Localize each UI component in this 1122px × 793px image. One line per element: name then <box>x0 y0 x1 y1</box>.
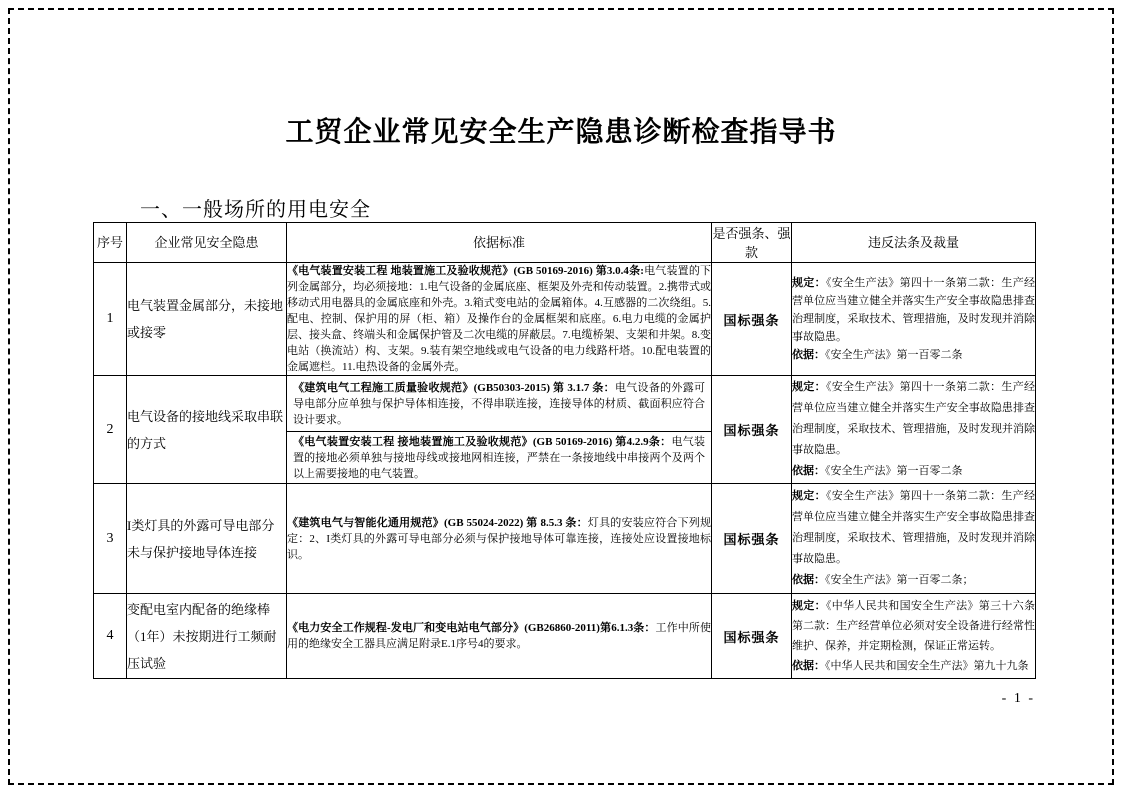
mandatory-cell: 国标强条 <box>712 376 792 484</box>
table-row: 3 I类灯具的外露可导电部分未与保护接地导体连接 《建筑电气与智能化通用规范》(… <box>94 484 1036 594</box>
violation-cell: 规定：《中华人民共和国安全生产法》第三十六条第二款：生产经营单位必须对安全设备进… <box>792 594 1036 679</box>
table-row: 2 电气设备的接地线采取串联的方式 《建筑电气工程施工质量验收规范》(GB503… <box>94 376 1036 484</box>
standard-sub-cell: 《建筑电气工程施工质量验收规范》(GB50303-2015) 第 3.1.7 条… <box>287 376 711 431</box>
table-header-row: 序号 企业常见安全隐患 依据标准 是否强条、强款 违反法条及裁量 <box>94 223 1036 263</box>
basis-text: 《安全生产法》第一百零二条； <box>825 574 974 586</box>
document-title: 工贸企业常见安全生产隐患诊断检查指导书 <box>0 110 1122 150</box>
hazard-table: 序号 企业常见安全隐患 依据标准 是否强条、强款 违反法条及裁量 1 电气装置金… <box>93 222 1036 679</box>
table-row: 4 变配电室内配备的绝缘棒（1年）未按期进行工频耐压试验 《电力安全工作规程-发… <box>94 594 1036 679</box>
violation-rule: 规定：《安全生产法》第四十一条第二款：生产经营单位应当建立健全并落实生产安全事故… <box>792 486 1035 570</box>
basis-label: 依据： <box>792 465 825 477</box>
basis-label: 依据： <box>792 349 825 361</box>
violation-basis: 依据：《安全生产法》第一百零二条； <box>792 570 1035 591</box>
standard-text-block: 《电气装置安装工程 地装置施工及验收规范》(GB 50169-2016) 第3.… <box>287 263 711 375</box>
violation-rule: 规定：《安全生产法》第四十一条第二款：生产经营单位应当建立健全并落实生产安全事故… <box>792 377 1035 461</box>
basis-text: 《安全生产法》第一百零二条 <box>825 349 963 361</box>
header-hazard: 企业常见安全隐患 <box>127 223 287 263</box>
violation-rule: 规定：《安全生产法》第四十一条第二款：生产经营单位应当建立健全并落实生产安全事故… <box>792 274 1035 346</box>
rule-text: 《中华人民共和国安全生产法》第三十六条第二款：生产经营单位必须对安全设备进行经常… <box>792 600 1035 652</box>
violation-cell: 规定：《安全生产法》第四十一条第二款：生产经营单位应当建立健全并落实生产安全事故… <box>792 263 1036 376</box>
hazard-cell: 变配电室内配备的绝缘棒（1年）未按期进行工频耐压试验 <box>127 594 287 679</box>
rule-label: 规定： <box>792 490 826 502</box>
rule-label: 规定： <box>792 381 826 393</box>
mandatory-cell: 国标强条 <box>712 263 792 376</box>
page-number: - 1 - <box>93 691 1035 707</box>
header-standard: 依据标准 <box>287 223 712 263</box>
row-number-cell: 1 <box>94 263 127 376</box>
hazard-cell: 电气装置金属部分，未接地或接零 <box>127 263 287 376</box>
violation-basis: 依据：《安全生产法》第一百零二条 <box>792 346 1035 364</box>
standard-text-block: 《电力安全工作规程-发电厂和变电站电气部分》(GB26860-2011)第6.1… <box>287 620 711 652</box>
document-page: 工贸企业常见安全生产隐患诊断检查指导书 一、一般场所的用电安全 序号 企业常见安… <box>0 0 1122 793</box>
standard-text-block: 《建筑电气与智能化通用规范》(GB 55024-2022) 第 8.5.3 条：… <box>287 515 711 563</box>
rule-label: 规定： <box>792 600 826 612</box>
standard-cell: 《建筑电气工程施工质量验收规范》(GB50303-2015) 第 3.1.7 条… <box>287 376 712 484</box>
violation-basis: 依据：《安全生产法》第一百零二条 <box>792 461 1035 482</box>
violation-cell: 规定：《安全生产法》第四十一条第二款：生产经营单位应当建立健全并落实生产安全事故… <box>792 484 1036 594</box>
mandatory-cell: 国标强条 <box>712 484 792 594</box>
violation-cell: 规定：《安全生产法》第四十一条第二款：生产经营单位应当建立健全并落实生产安全事故… <box>792 376 1036 484</box>
basis-label: 依据： <box>792 574 825 586</box>
rule-label: 规定： <box>792 277 826 289</box>
basis-label: 依据： <box>792 660 825 672</box>
section-heading: 一、一般场所的用电安全 <box>140 193 371 222</box>
header-mandatory: 是否强条、强款 <box>712 223 792 263</box>
row-number-cell: 3 <box>94 484 127 594</box>
standard-ref: 《电气装置安装工程 接地装置施工及验收规范》(GB 50169-2016) 第4… <box>293 436 671 448</box>
header-violation: 违反法条及裁量 <box>792 223 1036 263</box>
rule-text: 《安全生产法》第四十一条第二款：生产经营单位应当建立健全并落实生产安全事故隐患排… <box>792 277 1035 343</box>
mandatory-cell: 国标强条 <box>712 594 792 679</box>
header-no: 序号 <box>94 223 127 263</box>
standard-text-block: 《建筑电气工程施工质量验收规范》(GB50303-2015) 第 3.1.7 条… <box>293 380 705 428</box>
standard-ref: 《建筑电气工程施工质量验收规范》(GB50303-2015) 第 3.1.7 条… <box>293 382 615 394</box>
standard-cell: 《电力安全工作规程-发电厂和变电站电气部分》(GB26860-2011)第6.1… <box>287 594 712 679</box>
hazard-cell: 电气设备的接地线采取串联的方式 <box>127 376 287 484</box>
standard-ref: 《电气装置安装工程 地装置施工及验收规范》(GB 50169-2016) 第3.… <box>287 265 644 277</box>
violation-rule: 规定：《中华人民共和国安全生产法》第三十六条第二款：生产经营单位必须对安全设备进… <box>792 596 1035 656</box>
standard-sub-cell: 《电气装置安装工程 接地装置施工及验收规范》(GB 50169-2016) 第4… <box>287 431 711 483</box>
rule-text: 《安全生产法》第四十一条第二款：生产经营单位应当建立健全并落实生产安全事故隐患排… <box>792 381 1035 456</box>
standard-text: 电气装置的下列金属部分，均必须接地：1.电气设备的金属底座、框架及外壳和传动装置… <box>287 265 711 373</box>
standard-ref: 《建筑电气与智能化通用规范》(GB 55024-2022) 第 8.5.3 条： <box>287 517 588 529</box>
row-number-cell: 4 <box>94 594 127 679</box>
table-row: 1 电气装置金属部分，未接地或接零 《电气装置安装工程 地装置施工及验收规范》(… <box>94 263 1036 376</box>
violation-basis: 依据：《中华人民共和国安全生产法》第九十九条 <box>792 656 1035 676</box>
basis-text: 《安全生产法》第一百零二条 <box>825 465 963 477</box>
standard-cell: 《建筑电气与智能化通用规范》(GB 55024-2022) 第 8.5.3 条：… <box>287 484 712 594</box>
basis-text: 《中华人民共和国安全生产法》第九十九条 <box>825 660 1029 672</box>
standard-ref: 《电力安全工作规程-发电厂和变电站电气部分》(GB26860-2011)第6.1… <box>287 622 656 634</box>
standard-cell: 《电气装置安装工程 地装置施工及验收规范》(GB 50169-2016) 第3.… <box>287 263 712 376</box>
rule-text: 《安全生产法》第四十一条第二款：生产经营单位应当建立健全并落实生产安全事故隐患排… <box>792 490 1035 565</box>
row-number-cell: 2 <box>94 376 127 484</box>
hazard-cell: I类灯具的外露可导电部分未与保护接地导体连接 <box>127 484 287 594</box>
standard-text-block: 《电气装置安装工程 接地装置施工及验收规范》(GB 50169-2016) 第4… <box>293 434 705 482</box>
